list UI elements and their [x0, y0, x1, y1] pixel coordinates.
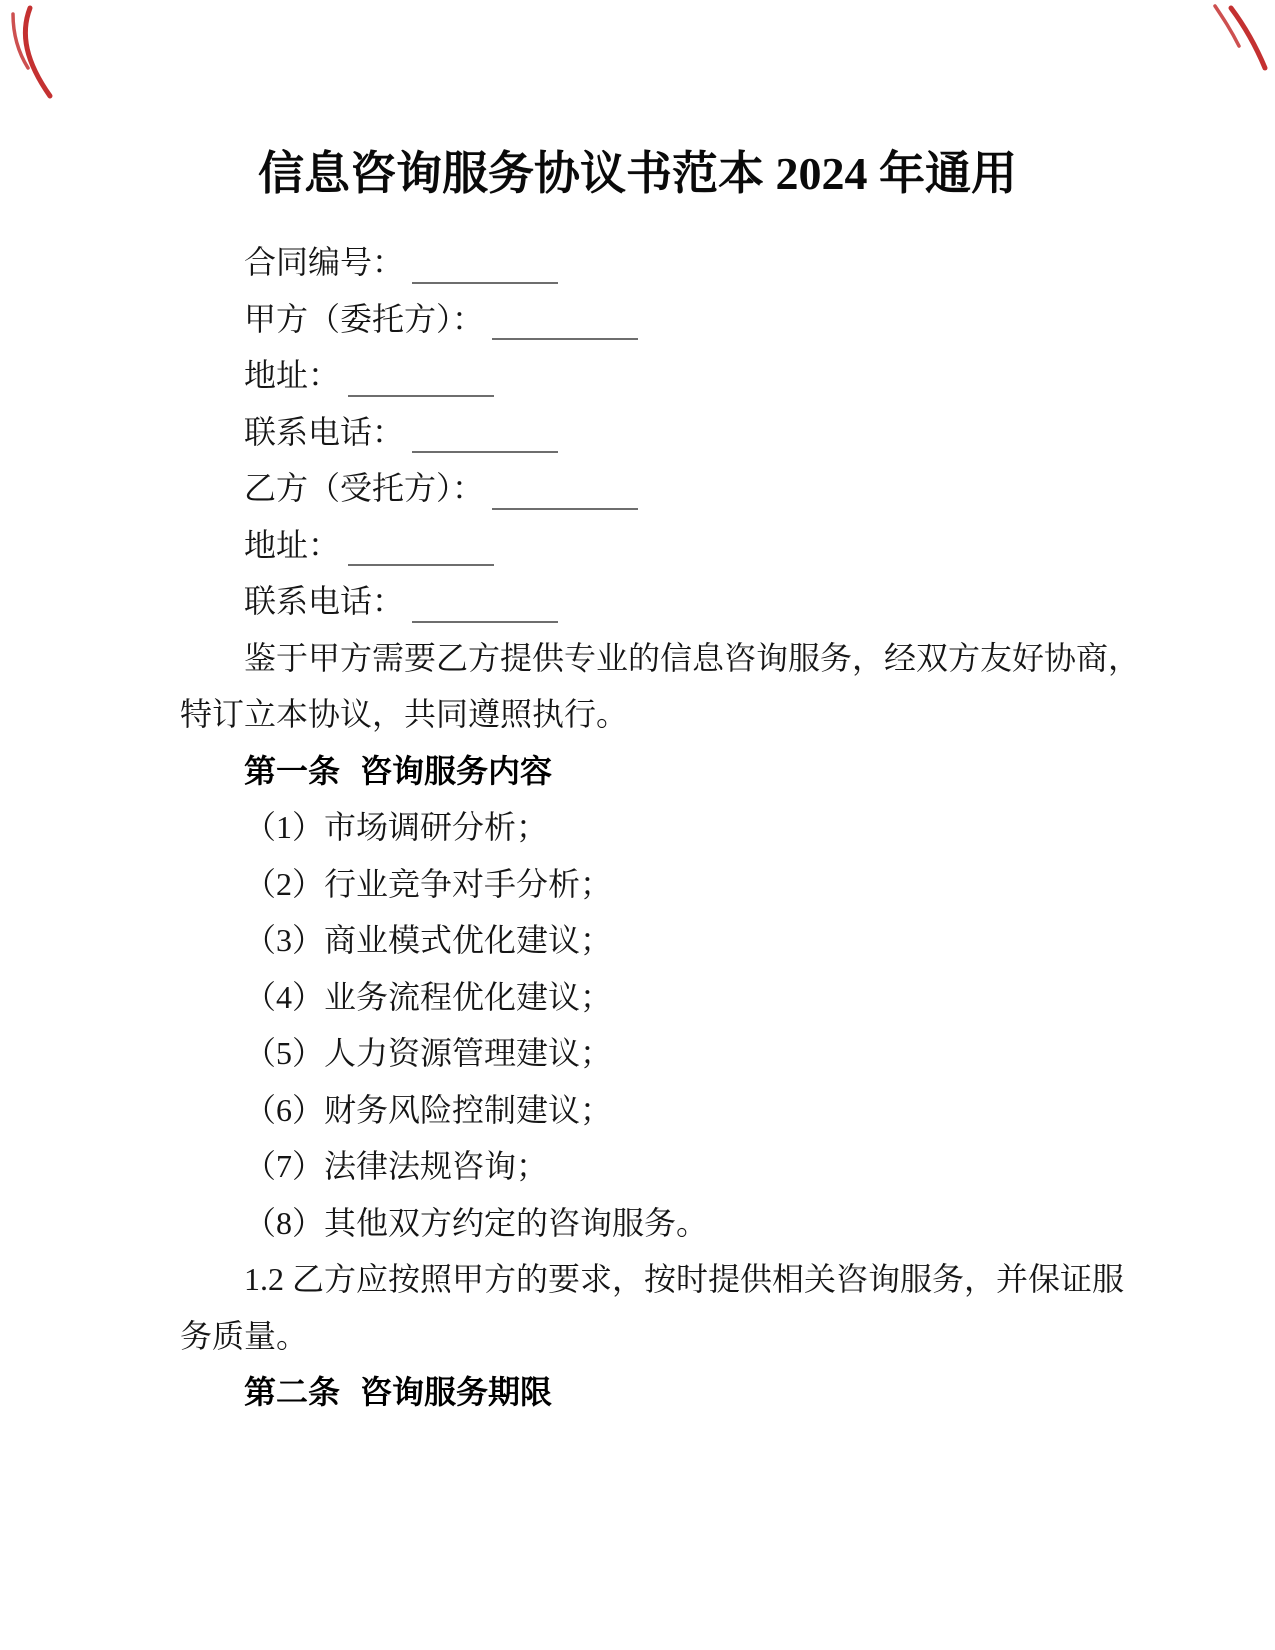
field-label: 联系电话： [244, 414, 404, 450]
blank-underline [412, 248, 558, 284]
field-label: 地址： [244, 527, 340, 563]
field-row-phone-b: 联系电话： [180, 573, 1120, 630]
clause-1-2-line-1: 1.2 乙方应按照甲方的要求，按时提供相关咨询服务，并保证服 [180, 1251, 1120, 1308]
list-item-1: （1）市场调研分析； [180, 799, 1120, 856]
field-row-party-b: 乙方（受托方）： [180, 460, 1120, 517]
field-row-address-b: 地址： [180, 517, 1120, 574]
blank-underline [412, 417, 558, 453]
blank-underline [348, 361, 494, 397]
field-label: 联系电话： [244, 583, 404, 619]
list-item-8: （8）其他双方约定的咨询服务。 [180, 1195, 1120, 1252]
field-label: 乙方（受托方）： [244, 470, 484, 506]
field-label: 地址： [244, 357, 340, 393]
section-1-heading: 第一条 咨询服务内容 [180, 743, 1120, 800]
page-title: 信息咨询服务协议书范本 2024 年通用 [0, 138, 1275, 210]
list-item-2: （2）行业竞争对手分析； [180, 856, 1120, 913]
field-label: 甲方（委托方）： [244, 301, 484, 337]
preamble-line-2: 特订立本协议，共同遵照执行。 [180, 686, 1120, 743]
field-row-phone-a: 联系电话： [180, 404, 1120, 461]
blank-underline [348, 530, 494, 566]
preamble-line-1: 鉴于甲方需要乙方提供专业的信息咨询服务，经双方友好协商， [180, 630, 1120, 687]
document-body: 合同编号： 甲方（委托方）： 地址： 联系电话： 乙方（受托方）： 地址： 联系… [180, 234, 1120, 1421]
red-corner-stroke-top-left-icon [0, 0, 80, 110]
red-corner-stroke-top-right-icon [1195, 0, 1275, 95]
field-row-address-a: 地址： [180, 347, 1120, 404]
document-page: 信息咨询服务协议书范本 2024 年通用 合同编号： 甲方（委托方）： 地址： … [0, 0, 1275, 1650]
list-item-5: （5）人力资源管理建议； [180, 1025, 1120, 1082]
blank-underline [492, 304, 638, 340]
field-label: 合同编号： [244, 244, 404, 280]
clause-1-2-line-2: 务质量。 [180, 1308, 1120, 1365]
list-item-6: （6）财务风险控制建议； [180, 1082, 1120, 1139]
list-item-3: （3）商业模式优化建议； [180, 912, 1120, 969]
section-2-heading: 第二条 咨询服务期限 [180, 1364, 1120, 1421]
blank-underline [492, 474, 638, 510]
blank-underline [412, 587, 558, 623]
field-row-contract-number: 合同编号： [180, 234, 1120, 291]
list-item-4: （4）业务流程优化建议； [180, 969, 1120, 1026]
list-item-7: （7）法律法规咨询； [180, 1138, 1120, 1195]
field-row-party-a: 甲方（委托方）： [180, 291, 1120, 348]
